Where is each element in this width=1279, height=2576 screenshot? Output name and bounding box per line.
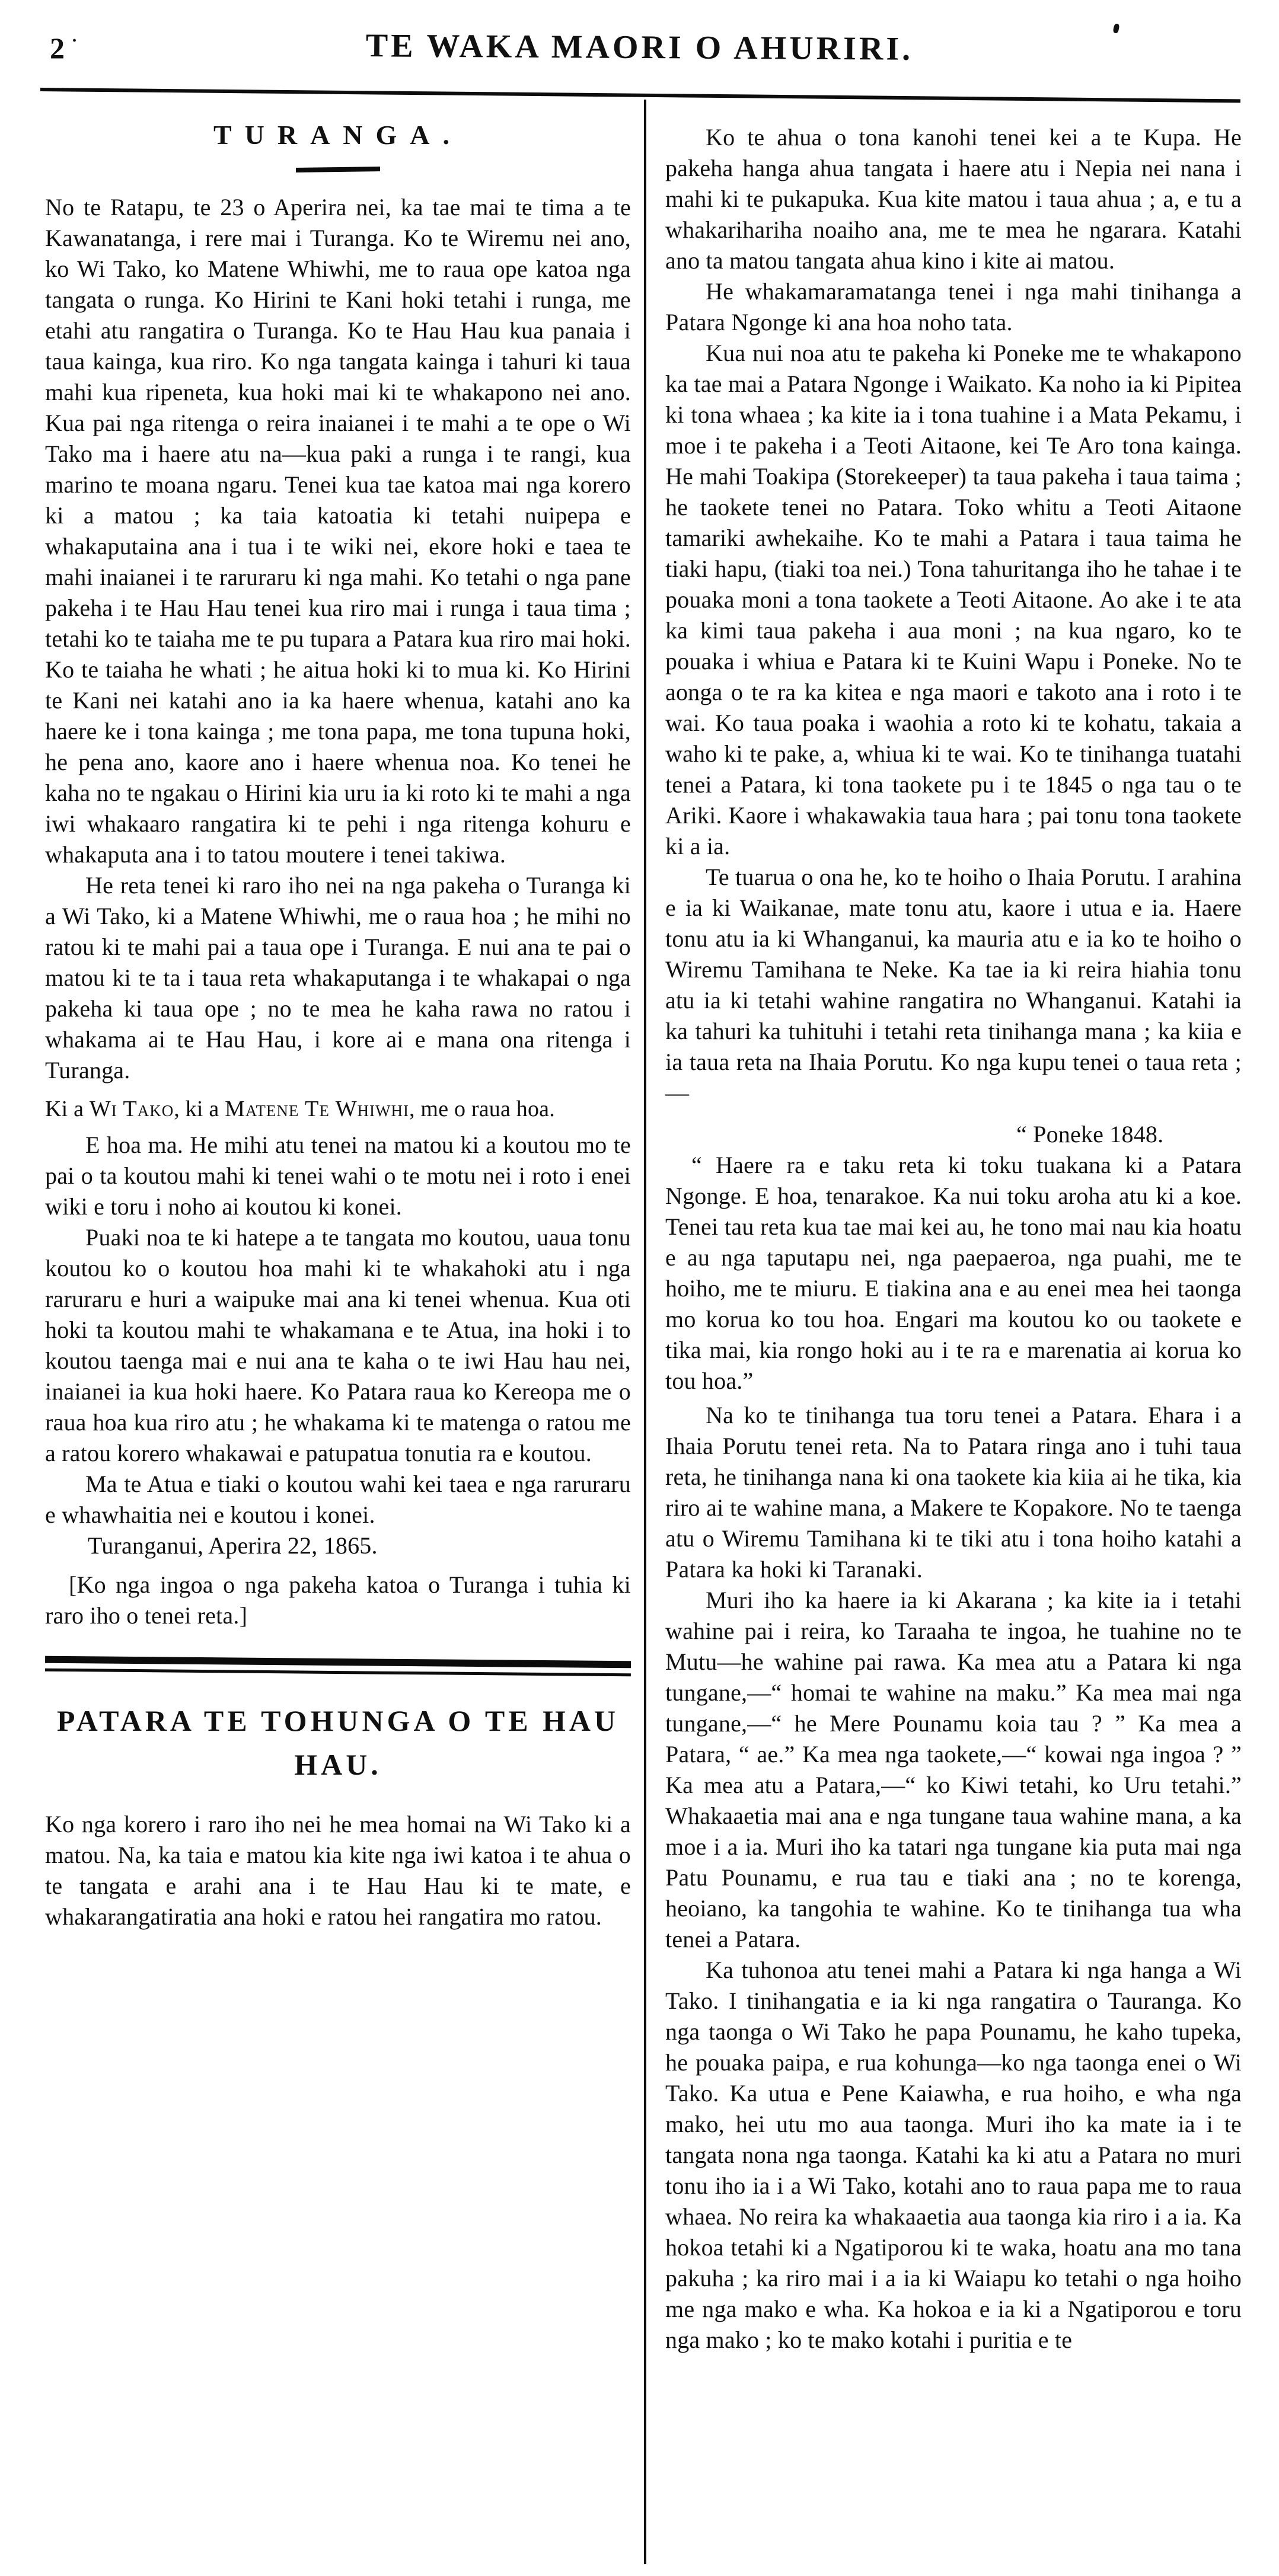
paragraph: No te Ratapu, te 23 o Aperira nei, ka ta… <box>45 192 631 870</box>
section-divider-rule <box>45 1656 631 1677</box>
paragraph: Kua nui noa atu te pakeha ki Poneke me t… <box>665 338 1242 862</box>
salutation-text: Ki a <box>45 1097 90 1121</box>
header-rule <box>40 88 1240 103</box>
quote-paragraph: “ Haere ra e taku reta ki toku tuakana k… <box>665 1150 1242 1396</box>
newspaper-page: 2 TE WAKA MAORI O AHURIRI. TURANGA. No t… <box>0 0 1279 2576</box>
salutation-name: Matene Te Whiwhi <box>225 1097 409 1121</box>
salutation-text: , me o raua hoa. <box>409 1097 555 1121</box>
editor-note: [Ko nga ingoa o nga pakeha katoa o Turan… <box>45 1570 631 1631</box>
heading-underline <box>296 167 380 172</box>
paragraph: Ma te Atua e tiaki o koutou wahi kei tae… <box>45 1469 631 1530</box>
article-heading-patara: PATARA TE TOHUNGA O TE HAU HAU. <box>45 1699 631 1786</box>
column-divider-rule <box>644 100 646 2564</box>
paragraph: Ka tuhonoa atu tenei mahi a Patara ki ng… <box>665 1955 1242 2356</box>
paragraph: He whakamaramatanga tenei i nga mahi tin… <box>665 276 1242 338</box>
article-heading-turanga: TURANGA. <box>45 120 631 151</box>
paragraph: Te tuarua o ona he, ko te hoiho o Ihaia … <box>665 862 1242 1108</box>
paragraph: He reta tenei ki raro iho nei na nga pak… <box>45 870 631 1086</box>
salutation-name: Wi Tako <box>90 1097 174 1121</box>
paragraph: Puaki noa te ki hatepe a te tangata mo k… <box>45 1222 631 1469</box>
paragraph: E hoa ma. He mihi atu tenei na matou ki … <box>45 1130 631 1222</box>
salutation-text: , ki a <box>174 1097 225 1121</box>
paragraph: Ko nga korero i raro iho nei he mea homa… <box>45 1809 631 1932</box>
paragraph: Na ko te tinihanga tua toru tenei a Pata… <box>665 1400 1242 1585</box>
letter-dateline: Turanganui, Aperira 22, 1865. <box>45 1530 631 1561</box>
right-column: Ko te ahua o tona kanohi tenei kei a te … <box>665 110 1242 2356</box>
masthead-title: TE WAKA MAORI O AHURIRI. <box>0 24 1279 70</box>
paragraph: Ko te ahua o tona kanohi tenei kei a te … <box>665 122 1242 276</box>
heading-line: PATARA TE TOHUNGA O TE HAU <box>57 1704 619 1737</box>
paragraph: Muri iho ka haere ia ki Akarana ; ka kit… <box>665 1585 1242 1955</box>
heading-line: HAU. <box>294 1748 382 1781</box>
left-column: TURANGA. No te Ratapu, te 23 o Aperira n… <box>45 110 631 1932</box>
quote-dateline: “ Poneke 1848. <box>665 1119 1242 1150</box>
letter-salutation: Ki a Wi Tako, ki a Matene Te Whiwhi, me … <box>45 1094 631 1124</box>
